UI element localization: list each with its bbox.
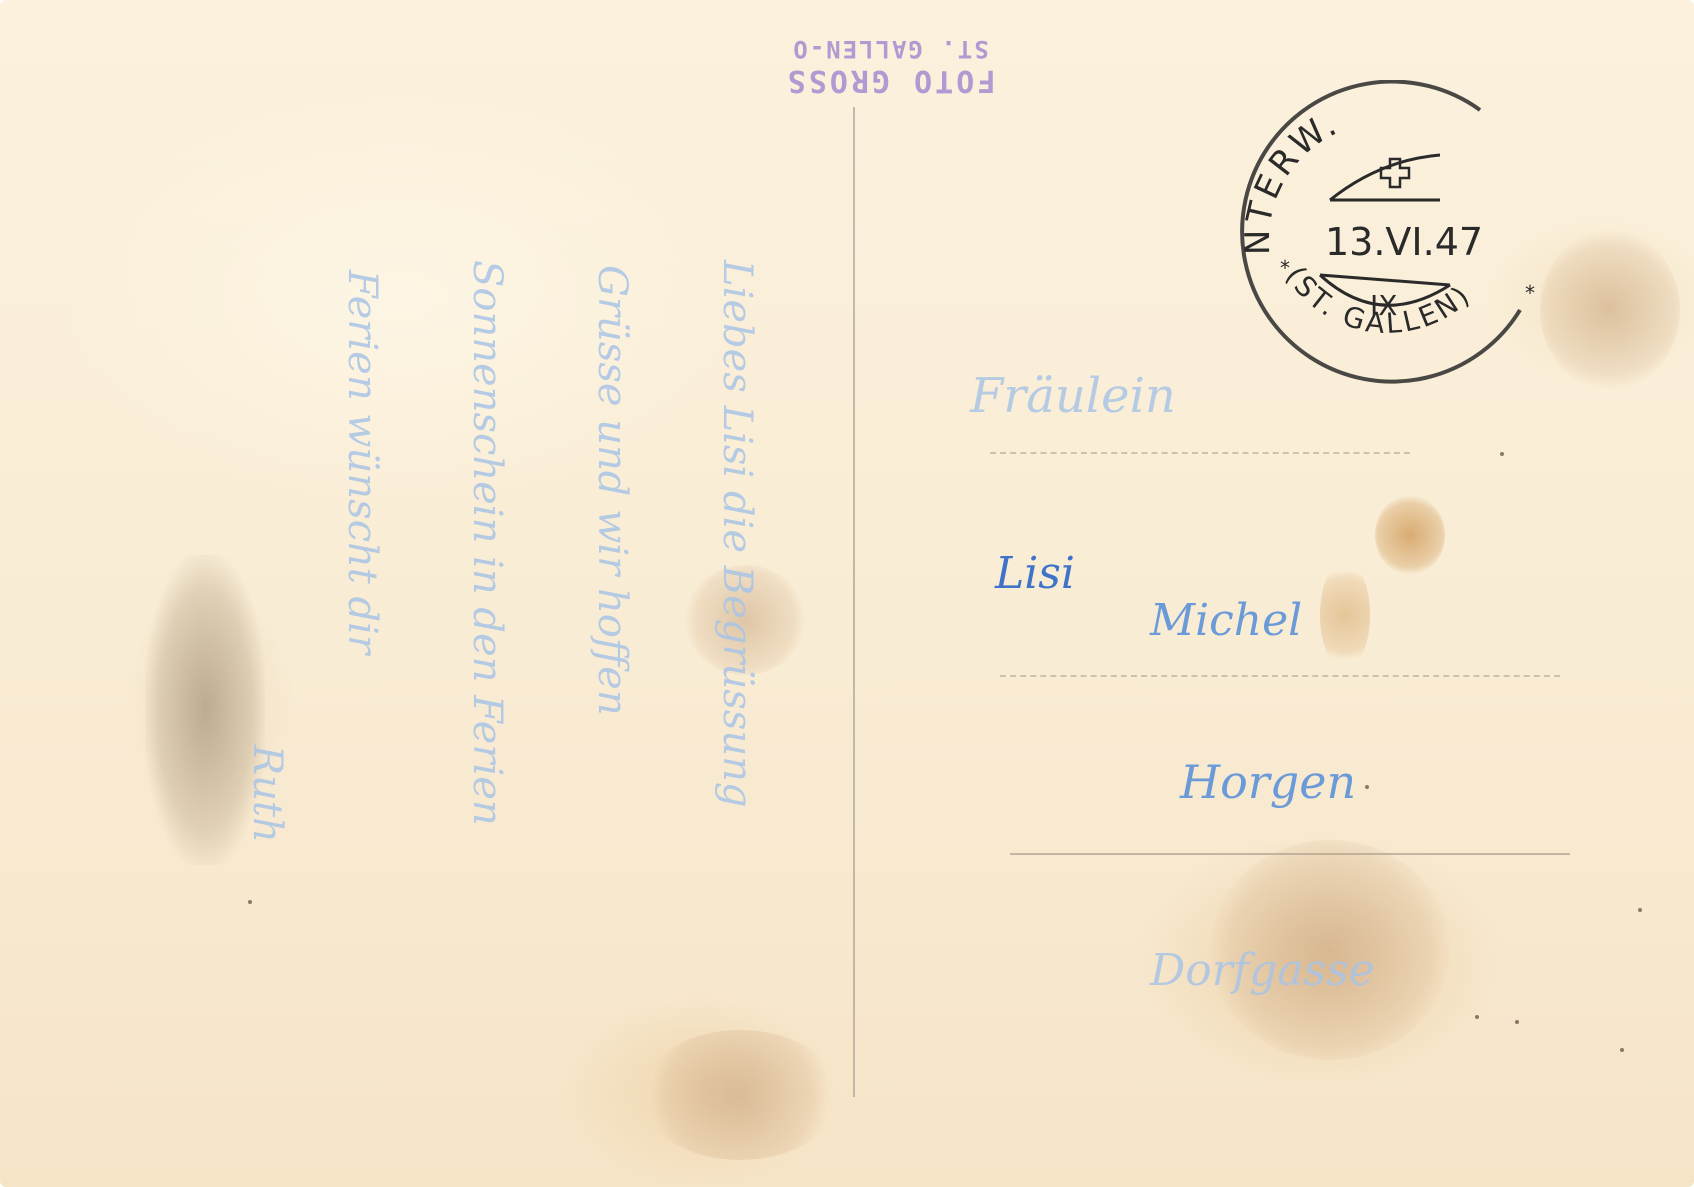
right-edge-stain bbox=[1540, 230, 1680, 390]
speck bbox=[1620, 1048, 1624, 1052]
speck bbox=[1475, 1015, 1479, 1019]
address-street: Dorfgasse bbox=[1150, 945, 1375, 996]
orange-drop-stain bbox=[1375, 495, 1445, 575]
orange-drip-stain bbox=[1320, 560, 1370, 670]
message-line-1: Liebes Lisi die Begrüssung bbox=[714, 260, 760, 807]
photographer-name: FOTO GROSS bbox=[760, 63, 1020, 98]
message-signature: Ruth bbox=[244, 745, 290, 843]
postmark-graphic: NTERW. 13.VI.47 * * IX (ST. GALLEN) bbox=[1230, 80, 1540, 390]
speck bbox=[1365, 785, 1369, 789]
postmark: NTERW. 13.VI.47 * * IX (ST. GALLEN) bbox=[1230, 80, 1540, 390]
center-divider bbox=[853, 107, 855, 1097]
address-last-name: Michel bbox=[1150, 595, 1302, 646]
postmark-date: 13.VI.47 bbox=[1325, 220, 1483, 264]
address-salutation: Fräulein bbox=[970, 368, 1176, 424]
address-first-name: Lisi bbox=[995, 548, 1075, 599]
address-line bbox=[1000, 675, 1560, 677]
speck bbox=[1500, 452, 1504, 456]
svg-text:*: * bbox=[1525, 281, 1535, 305]
message-line-4: Ferien wünscht dir bbox=[339, 270, 385, 654]
photographer-stamp: FOTO GROSS ST. GALLEN-O bbox=[760, 18, 1020, 98]
speck bbox=[1638, 908, 1642, 912]
address-line bbox=[990, 452, 1410, 454]
bottom-center-stain bbox=[640, 1030, 840, 1160]
postcard-back: FOTO GROSS ST. GALLEN-O NTERW. bbox=[0, 0, 1694, 1187]
message-line-3: Sonnenschein in den Ferien bbox=[464, 260, 510, 826]
speck bbox=[1515, 1020, 1519, 1024]
address-town: Horgen bbox=[1180, 755, 1356, 809]
message-line-2: Grüsse und wir hoffen bbox=[589, 265, 635, 716]
photographer-city: ST. GALLEN-O bbox=[760, 35, 1020, 63]
speck bbox=[248, 900, 252, 904]
